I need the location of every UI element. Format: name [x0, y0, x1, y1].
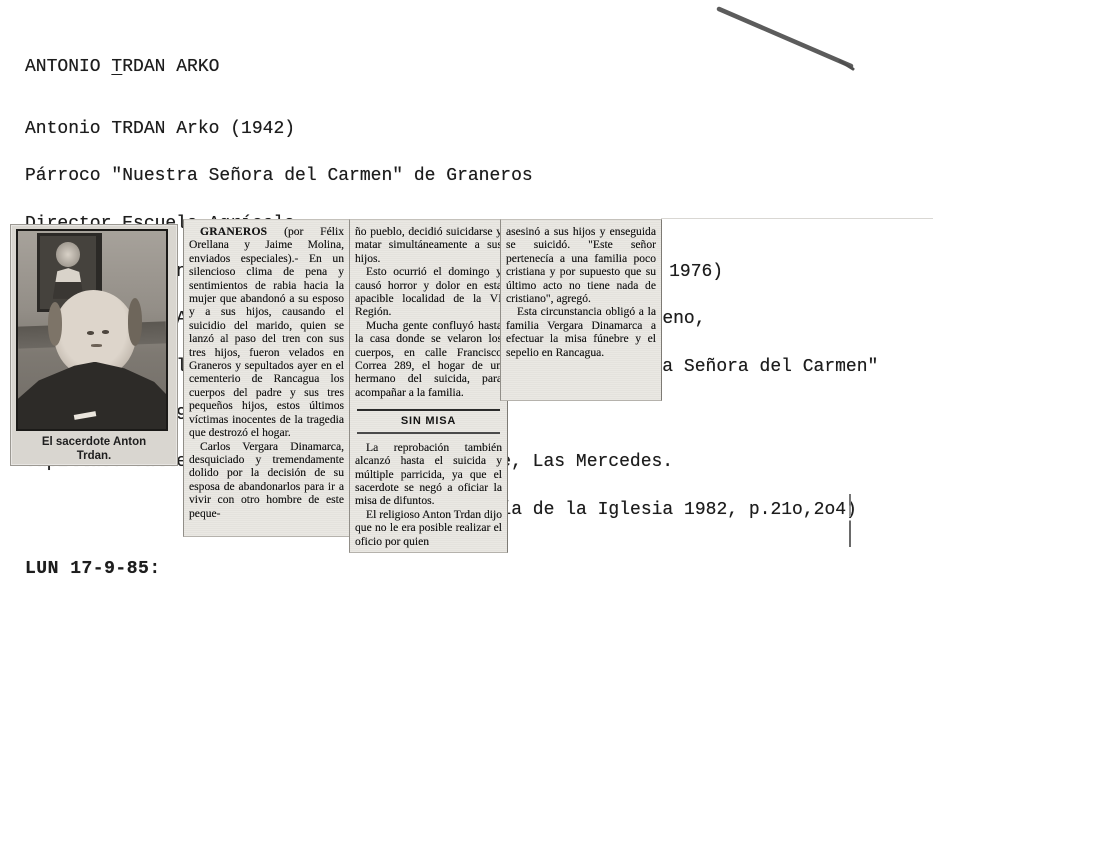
paragraph: Carlos Vergara Dinamarca, desquiciado y … — [189, 440, 344, 520]
paragraph: Mucha gente confluyó hasta la casa donde… — [355, 319, 502, 399]
news-column-1: GRANEROS (por Félix Orellana y Jaime Mol… — [183, 219, 350, 537]
headline: ANTONIO TRDAN ARKO — [25, 60, 985, 76]
bio-line-name: Antonio TRDAN Arko (1942) — [25, 122, 985, 138]
priest-hair-right — [128, 298, 143, 346]
priest-clothing — [18, 362, 166, 429]
photo-caption-line2: Trdan. — [11, 449, 177, 463]
clerical-collar — [74, 411, 97, 419]
photo-caption-line1: El sacerdote Anton — [11, 435, 177, 449]
priest-hair-left — [48, 302, 63, 346]
subhead-sin-misa: SIN MISA — [357, 409, 500, 433]
paragraph: Esto ocurrió el domingo y causó horror y… — [355, 265, 502, 319]
priest-right-eye — [102, 330, 109, 333]
scan-artifact-line — [849, 494, 851, 547]
priest-mouth — [91, 344, 103, 346]
scanned-document-page: ANTONIO TRDAN ARKO Antonio TRDAN Arko (1… — [0, 0, 1100, 850]
paragraph: Esta circunstancia obligó a la familia V… — [506, 305, 656, 359]
headline-pre: ANTONIO — [25, 57, 111, 77]
date-heading: LUN 17-9-85: — [25, 562, 985, 578]
dateline-lead: GRANEROS — [200, 225, 267, 238]
news-column-3: asesinó a sus hijos y enseguida se suici… — [500, 219, 662, 401]
priest-left-eye — [87, 331, 94, 334]
paragraph: El religioso Anton Trdan dijo que no le … — [355, 508, 502, 548]
news-column-2: ño pueblo, decidió suicidarse y matar si… — [349, 219, 508, 553]
paragraph-text: (por Félix Orellana y Jaime Molina, envi… — [189, 225, 344, 439]
photo-caption: El sacerdote Anton Trdan. — [11, 435, 177, 463]
paragraph: La reprobación también alcanzó hasta el … — [355, 441, 502, 508]
painting-figure-head — [56, 242, 80, 267]
paragraph: GRANEROS (por Félix Orellana y Jaime Mol… — [189, 225, 344, 440]
priest-photo — [16, 229, 168, 431]
paragraph: ño pueblo, decidió suicidarse y matar si… — [355, 225, 502, 265]
paragraph: asesinó a sus hijos y enseguida se suici… — [506, 225, 656, 305]
scan-edge-line — [661, 218, 933, 219]
newspaper-photo-clipping: El sacerdote Anton Trdan. — [10, 224, 178, 466]
bio-line-parish: Párroco "Nuestra Señora del Carmen" de G… — [25, 169, 985, 185]
headline-rest: RDAN ARKO — [122, 57, 219, 77]
headline-underlined-letter: T — [111, 57, 122, 77]
